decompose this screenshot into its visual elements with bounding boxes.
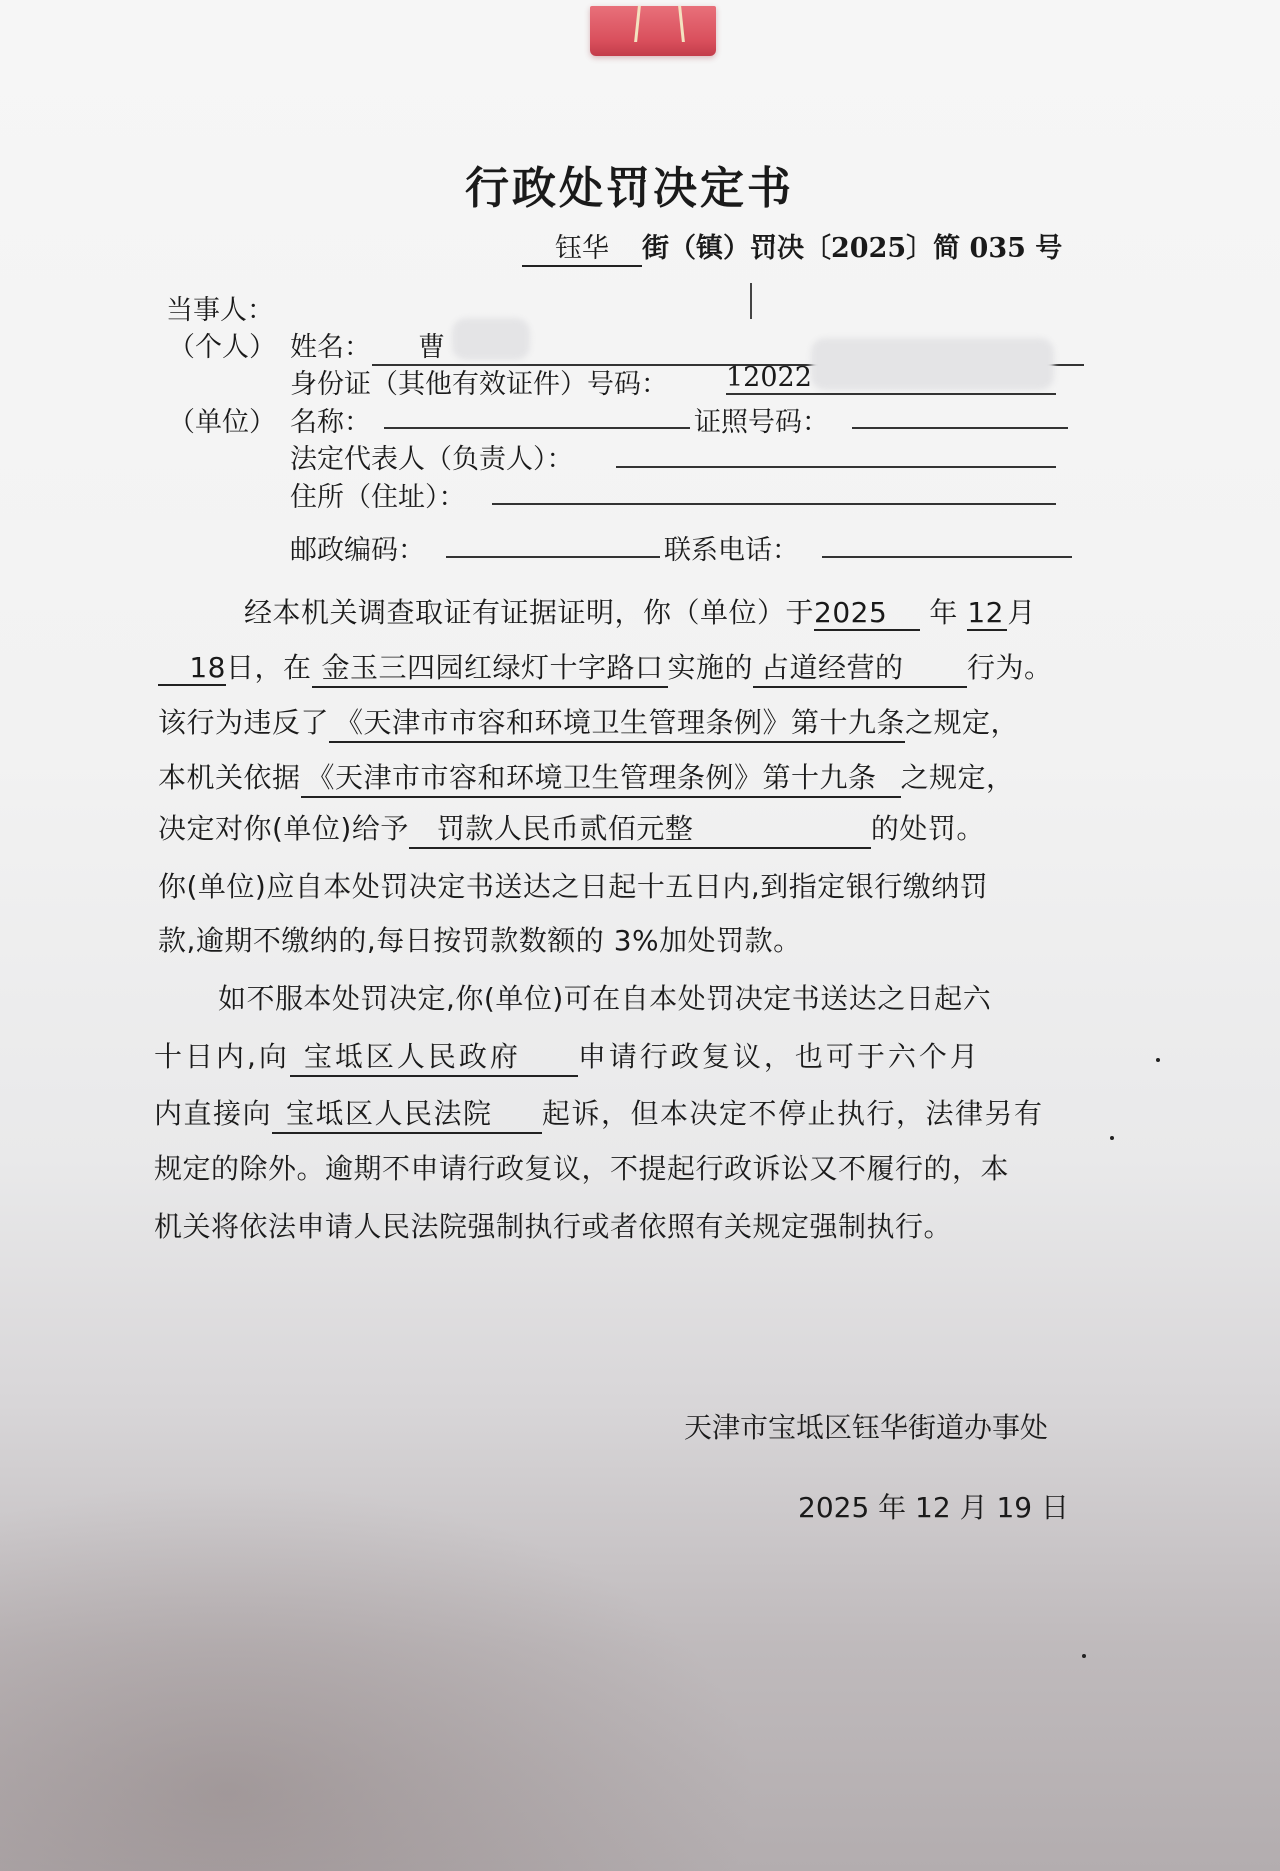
body-text: 经本机关调查取证有证据证明，你（单位）于 [244,596,814,629]
body-line-3: 该行为违反了《天津市市容和环境卫生管理条例》第十九条之规定， [158,701,1019,743]
page-title: 行政处罚决定书 [465,152,794,216]
body-line-5: 决定对你(单位)给予罚款人民币贰佰元整的处罚。 [158,807,985,849]
name-label: 姓名： [290,325,371,364]
paper-speck [1082,1654,1086,1658]
paper-mark [750,283,752,319]
binder-clip [590,6,716,56]
body-line-7: 款,逾期不缴纳的,每日按罚款数额的 3%加处罚款。 [158,919,802,959]
party-heading: 当事人： [166,288,274,327]
body-line-8: 如不服本处罚决定,你(单位)可在自本处罚决定书送达之日起六 [218,977,991,1017]
body-text: 日，在 [226,651,312,684]
body-text: 该行为违反了 [158,706,329,739]
body-text: 内直接向 [154,1097,272,1130]
phone-label: 联系电话： [664,528,799,567]
body-text: 之规定， [905,706,1019,739]
body-line-2: 18日，在金玉三四园红绿灯十字路口实施的占道经营的行为。 [158,646,1053,688]
document-number: 钰华街（镇）罚决〔2025〕简 035 号 [522,226,1062,267]
year-fill: 2025 [814,596,920,631]
legal-rep-label: 法定代表人（负责人）： [290,437,574,476]
violated-law-fill: 《天津市市容和环境卫生管理条例》第十九条 [329,701,905,743]
body-text: 的处罚。 [871,812,985,845]
location-fill: 金玉三四园红绿灯十字路口 [312,646,668,688]
individual-tag: （个人） [168,325,276,364]
body-text: 实施的 [668,651,754,684]
month-fill: 12 [967,596,1007,631]
id-label: 身份证（其他有效证件）号码： [290,362,668,401]
body-line-1: 经本机关调查取证有证据证明，你（单位）于2025 年 12月 [244,591,1036,631]
id-value: 12022 [726,362,1056,395]
body-text: 十日内,向 [154,1040,290,1073]
photo-shadow [0,1480,760,1871]
legal-rep-line [616,466,1056,468]
postcode-label: 邮政编码： [290,528,425,567]
body-line-4: 本机关依据《天津市市容和环境卫生管理条例》第十九条之规定， [158,756,1015,798]
unit-name-label: 名称： [290,400,371,439]
address-label: 住所（住址）： [290,475,466,514]
license-line [852,427,1068,429]
phone-line [822,556,1072,558]
body-line-9: 十日内,向宝坻区人民政府申请行政复议，也可于六个月 [154,1035,981,1077]
postcode-line [446,556,660,558]
body-text: 本机关依据 [158,761,301,794]
body-text: 起诉，但本决定不停止执行，法律另有 [542,1097,1044,1130]
behavior-fill: 占道经营的 [753,646,967,688]
body-line-10: 内直接向宝坻区人民法院起诉，但本决定不停止执行，法律另有 [154,1092,1044,1134]
paper-speck [1156,1058,1160,1062]
issue-date: 2025 年 12 月 19 日 [798,1486,1069,1526]
body-text: 年 [929,596,958,629]
body-text: 行为。 [967,651,1053,684]
address-line [492,503,1056,505]
body-text: 月 [1007,596,1036,629]
issuing-authority: 天津市宝坻区钰华街道办事处 [684,1406,1048,1446]
body-line-12: 机关将依法申请人民法院强制执行或者依照有关规定强制执行。 [154,1205,952,1245]
paper-speck [1110,1136,1114,1140]
body-line-11: 规定的除外。逾期不申请行政复议，不提起行政诉讼又不履行的，本 [154,1147,1009,1187]
document-number-rest: 街（镇）罚决〔2025〕简 035 号 [642,233,1062,264]
basis-law-fill: 《天津市市容和环境卫生管理条例》第十九条 [301,756,901,798]
court-fill: 宝坻区人民法院 [272,1092,542,1134]
redaction-blur [452,318,530,360]
day-fill: 18 [158,651,226,686]
license-label: 证照号码： [694,400,829,439]
body-line-6: 你(单位)应自本处罚决定书送达之日起十五日内,到指定银行缴纳罚 [158,865,988,905]
unit-tag: （单位） [168,400,276,439]
id-field: 12022 [726,362,1056,395]
body-text: 决定对你(单位)给予 [158,812,409,845]
body-text: 申请行政复议，也可于六个月 [578,1040,981,1073]
office-fill: 钰华 [522,226,642,267]
review-body-fill: 宝坻区人民政府 [290,1035,578,1077]
unit-name-line [384,427,690,429]
body-text: 之规定， [901,761,1015,794]
penalty-fill: 罚款人民币贰佰元整 [409,807,871,849]
